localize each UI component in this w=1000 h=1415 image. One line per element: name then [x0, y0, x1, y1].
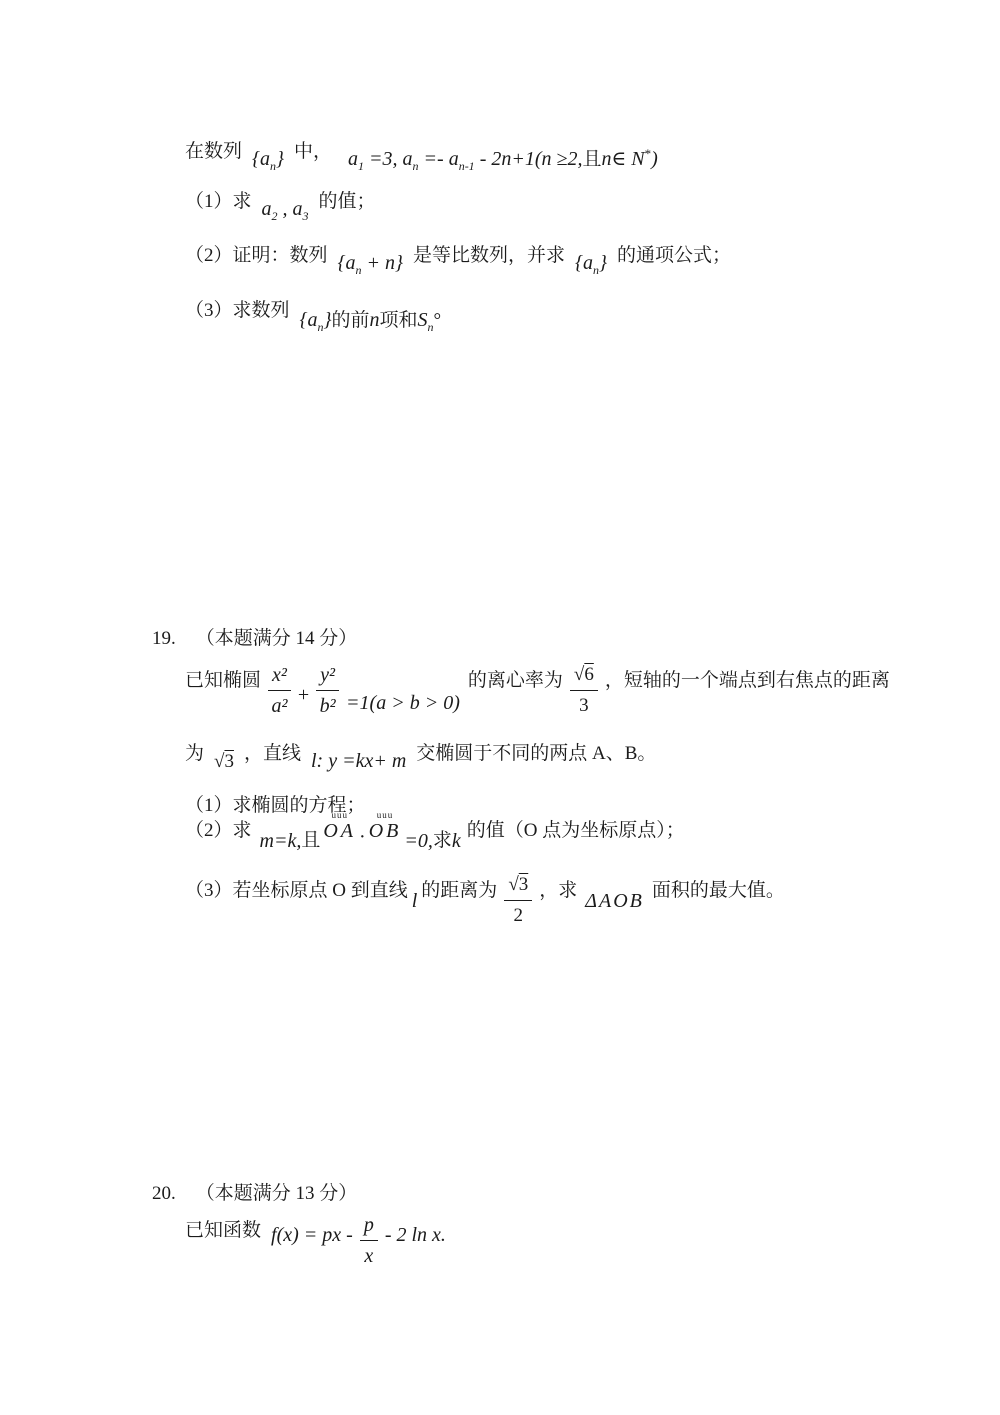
q18-item-1: （1）求a2 , a3的值； — [185, 186, 376, 223]
math-run: l — [412, 872, 418, 914]
math-run: {a — [252, 148, 270, 170]
math-run: : y =kx+ m — [317, 750, 407, 772]
text-run: 的值（O 点为坐标原点）； — [467, 810, 685, 844]
radicand: 3 — [224, 751, 234, 772]
math-subscript: 3 — [303, 209, 309, 223]
question-number: 19. — [152, 628, 176, 649]
text-run: 的前 — [332, 310, 370, 331]
fraction-numerator: y² — [316, 662, 339, 691]
fraction-p-x: px — [360, 1212, 378, 1269]
math-run: - 2 ln x. — [385, 1212, 446, 1248]
vector-base: OA — [323, 820, 356, 842]
vector-base: OB — [369, 820, 402, 842]
text-run: 的距离为 — [421, 872, 497, 904]
text-run: （2）求 — [185, 810, 252, 844]
q18-intro-line: 在数列{an}中，a1 =3, an =- an-1 - 2n+1(n ≥2,且… — [185, 131, 658, 173]
text-run: 且 — [301, 810, 320, 854]
q19-line-2: 为√3，直线l: y =kx+ m交椭圆于不同的两点 A、B。 — [185, 738, 656, 769]
math-run: a — [403, 148, 413, 170]
math-run: =0, — [404, 810, 433, 854]
fraction-x2-a2: x²a² — [268, 662, 291, 719]
math-run: n — [370, 309, 380, 331]
text-run: 为 — [185, 743, 204, 764]
q20-header: 20.（本题满分 13 分） — [152, 1179, 357, 1209]
text-run: 已知函数 — [185, 1212, 261, 1244]
math-run: ) — [651, 148, 658, 170]
text-run: （3）求数列 — [185, 300, 290, 321]
text-run: 在数列 — [185, 141, 242, 162]
text-run: 是等比数列，并求 — [413, 245, 565, 266]
math-run: =k, — [274, 810, 301, 854]
text-run: 的离心率为 — [468, 662, 563, 694]
degree-mark: ° — [434, 310, 442, 331]
math-run: {a — [338, 252, 356, 274]
text-run: （2）证明：数列 — [185, 245, 328, 266]
math-run: S — [418, 309, 428, 331]
q20-intro-line: 已知函数f(x) = px -px- 2 ln x. — [185, 1212, 446, 1269]
math-run: - 2n+1(n ≥2, — [475, 148, 583, 170]
math-sum-sn: {an}的前n项和Sn° — [300, 305, 442, 342]
fraction-numerator: p — [360, 1212, 378, 1241]
vector-OA: uuuOA — [323, 810, 356, 842]
math-run: } — [324, 309, 332, 331]
text-run: （1）求 — [185, 191, 252, 212]
math-a2-a3: a2 , a3 — [262, 194, 309, 231]
q19-header: 19.（本题满分 14 分） — [152, 624, 357, 654]
radicand: 3 — [519, 874, 529, 895]
fraction-denominator: 2 — [504, 901, 532, 929]
fraction-numerator: √3 — [504, 872, 532, 901]
math-run: f(x) = px - — [271, 1212, 353, 1248]
text-run: 且 — [582, 149, 601, 170]
vector-OB: uuuOB — [369, 810, 402, 842]
math-run: a — [293, 198, 303, 220]
q18-item-2: （2）证明：数列{an + n}是等比数列，并求{an}的通项公式； — [185, 240, 731, 277]
text-run: 项和 — [380, 310, 418, 331]
math-run: a — [348, 148, 358, 170]
math-sequence-an: {an} — [252, 144, 284, 181]
vector-arrow: uuu — [369, 810, 402, 820]
q18-item-3: （3）求数列{an}的前n项和Sn° — [185, 295, 441, 332]
text-run: （3）若坐标原点 O 到直线 — [185, 872, 408, 904]
fraction-sqrt3-2: √32 — [504, 872, 532, 929]
fraction-sqrt6-3: √63 — [570, 662, 598, 719]
q19-item-3: （3）若坐标原点 O 到直线l的距离为√32，求ΔAOB面积的最大值。 — [185, 872, 785, 929]
math-run: , — [278, 198, 293, 220]
math-run: {a — [300, 309, 318, 331]
fraction-numerator: √6 — [570, 662, 598, 691]
q19-item-2: （2）求m =k,且uuuOA·uuuOB =0,求k的值（O 点为坐标原点）； — [185, 810, 685, 854]
question-score: （本题满分 13 分） — [196, 1183, 358, 1204]
math-recurrence-formula: a1 =3, an =- an-1 - 2n+1(n ≥2,且n∈ N*) — [348, 139, 658, 181]
math-run: n∈ N — [602, 148, 645, 170]
math-run: + n} — [362, 252, 404, 274]
text-run: 已知椭圆 — [185, 662, 261, 694]
fraction-denominator: x — [360, 1241, 378, 1269]
math-subscript: n-1 — [459, 159, 475, 173]
text-run: ，求 — [539, 872, 577, 904]
fraction-denominator: 3 — [570, 691, 598, 719]
math-run: } — [276, 148, 284, 170]
math-run: =3, — [364, 148, 403, 170]
math-run: + — [298, 662, 309, 708]
fraction-denominator: b² — [316, 691, 339, 719]
text-run: 的通项公式； — [617, 245, 731, 266]
radical-sign: √ — [574, 664, 584, 685]
radical-sign: √ — [508, 874, 518, 895]
dot-operator: · — [359, 810, 366, 850]
math-run: } — [599, 252, 607, 274]
text-run: ，直线 — [244, 743, 301, 764]
text-run: 求 — [433, 810, 452, 854]
document-page: 在数列{an}中，a1 =3, an =- an-1 - 2n+1(n ≥2,且… — [0, 0, 1000, 1415]
radicand: 6 — [584, 664, 594, 685]
fraction-numerator: x² — [268, 662, 291, 691]
math-run: k — [452, 810, 461, 854]
math-sequence-an: {an} — [575, 248, 607, 285]
math-run: {a — [575, 252, 593, 274]
radical-sign: √ — [214, 751, 224, 772]
text-run: ，短轴的一个端点到右焦点的距离 — [605, 662, 890, 694]
math-triangle-aob: ΔAOB — [585, 872, 644, 914]
math-run: =1(a > b > 0) — [346, 662, 460, 716]
vector-arrow: uuu — [323, 810, 356, 820]
text-run: 面积的最大值。 — [652, 872, 785, 904]
math-run: m — [260, 810, 274, 854]
text-run: 的值； — [319, 191, 376, 212]
math-run: a — [449, 148, 459, 170]
math-run: a — [262, 198, 272, 220]
math-sequence-an-plus-n: {an + n} — [338, 248, 404, 285]
fraction-y2-b2: y²b² — [316, 662, 339, 719]
q19-intro-line: 已知椭圆x²a²+y²b²=1(a > b > 0)的离心率为√63，短轴的一个… — [185, 662, 890, 719]
math-run: =- — [419, 148, 449, 170]
math-line-equation: l: y =kx+ m — [311, 746, 406, 777]
math-sqrt3: √3 — [214, 747, 234, 777]
fraction-denominator: a² — [268, 691, 291, 719]
question-score: （本题满分 14 分） — [196, 628, 358, 649]
text-run: 交椭圆于不同的两点 A、B。 — [416, 743, 656, 764]
text-run: 中， — [294, 141, 332, 162]
question-number: 20. — [152, 1183, 176, 1204]
